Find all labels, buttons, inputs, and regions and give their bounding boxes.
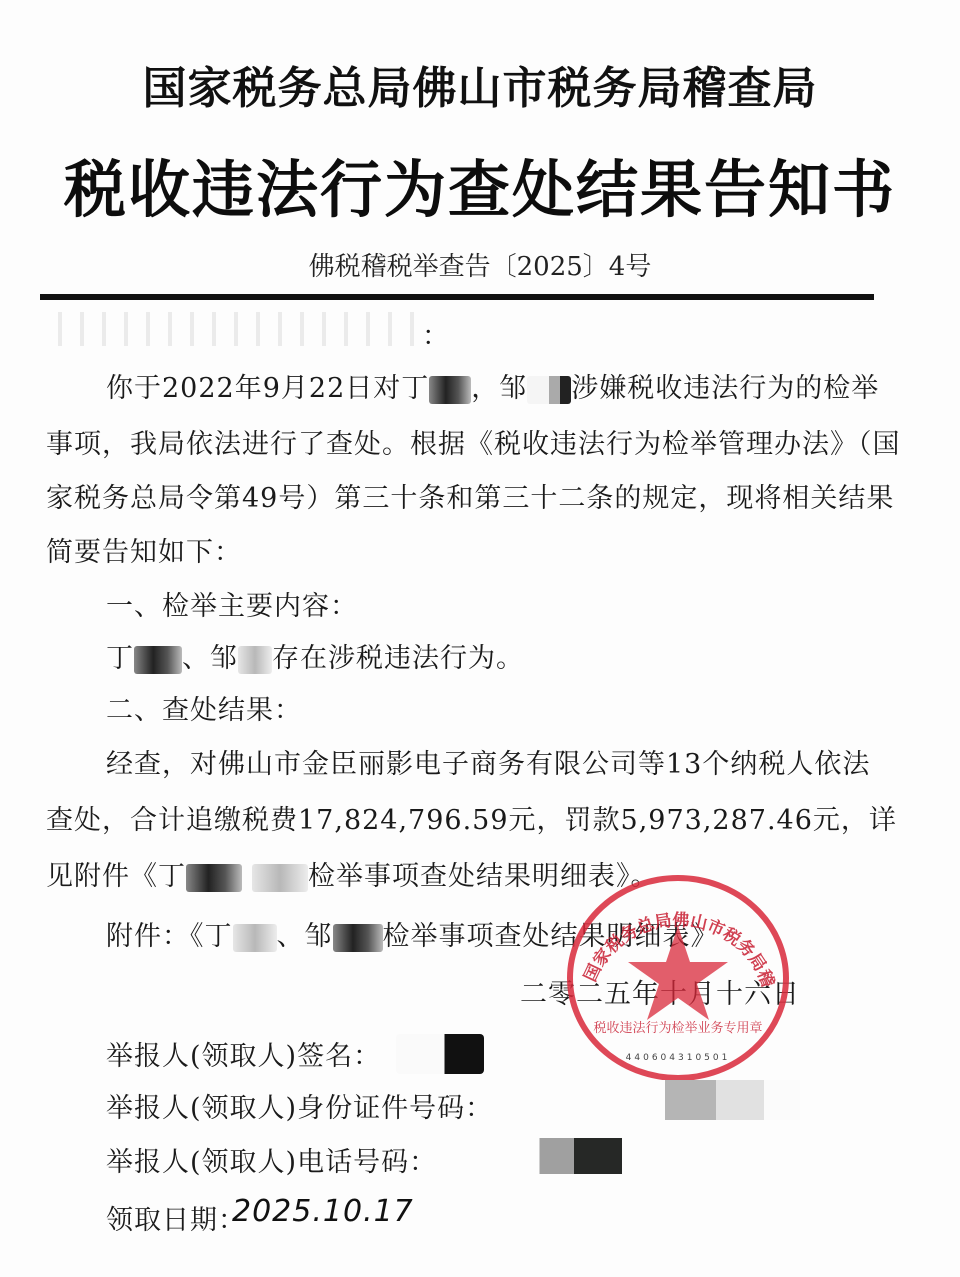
section-1-heading: 一、检举主要内容： bbox=[106, 584, 358, 623]
intro-text: 你于2022年9月22日对丁 bbox=[106, 373, 429, 404]
redacted-name bbox=[333, 924, 383, 952]
phone-label: 举报人(领取人)电话号码： bbox=[106, 1140, 437, 1179]
signature-label: 举报人(领取人)签名： bbox=[106, 1034, 381, 1073]
redacted-phone-number bbox=[450, 1138, 622, 1174]
redacted-name bbox=[527, 376, 571, 404]
section-1-text: 丁 bbox=[106, 643, 134, 674]
intro-text: ，邹 bbox=[471, 373, 527, 404]
intro-line-3: 家税务总局令第49号）第三十条和第三十二条的规定，现将相关结果 bbox=[46, 476, 894, 515]
seal-code: 440604310501 bbox=[626, 1053, 731, 1063]
official-seal-icon: 国家税务总局佛山市税务局稽查局 税收违法行为检举业务专用章 4406043105… bbox=[562, 872, 794, 1084]
intro-line-2: 事项，我局依法进行了查处。根据《税收违法行为检举管理办法》（国 bbox=[46, 422, 901, 461]
result-line-2: 查处，合计追缴税费17,824,796.59元，罚款5,973,287.46元，… bbox=[46, 798, 897, 837]
id-label: 举报人(领取人)身份证件号码： bbox=[106, 1086, 493, 1125]
section-1-text: 存在涉税违法行为。 bbox=[272, 643, 524, 674]
attachment-label: 附件： bbox=[106, 921, 190, 952]
redacted-name bbox=[238, 646, 272, 674]
redacted-signature bbox=[396, 1034, 484, 1074]
intro-line-4: 简要告知如下： bbox=[46, 530, 242, 569]
document-number: 佛税稽税举查告〔2025〕4号 bbox=[0, 246, 960, 283]
pickup-date-label: 领取日期： bbox=[106, 1198, 246, 1237]
redacted-name bbox=[134, 646, 182, 674]
result-line-1: 经查，对佛山市金臣丽影电子商务有限公司等13个纳税人依法 bbox=[106, 742, 870, 781]
redacted-name bbox=[252, 864, 308, 892]
redacted-id-number bbox=[500, 1080, 800, 1120]
issuing-authority: 国家税务总局佛山市税务局稽查局 bbox=[0, 52, 960, 116]
result-text: 见附件《丁 bbox=[46, 861, 186, 892]
redacted-recipient bbox=[40, 312, 420, 346]
salutation-colon: ： bbox=[422, 314, 450, 353]
intro-line-1: 你于2022年9月22日对丁，邹涉嫌税收违法行为的检举 bbox=[106, 366, 879, 405]
redacted-name bbox=[429, 376, 471, 404]
section-1-content: 丁、邹存在涉税违法行为。 bbox=[106, 636, 524, 675]
section-2-heading: 二、查处结果： bbox=[106, 688, 302, 727]
attachment-text: 、邹 bbox=[277, 921, 333, 952]
header-divider bbox=[40, 294, 874, 300]
pickup-date-handwritten: 2025.10.17 bbox=[232, 1194, 414, 1229]
redacted-name bbox=[186, 864, 242, 892]
redacted-name bbox=[233, 924, 277, 952]
section-1-text: 、邹 bbox=[182, 643, 238, 674]
attachment-text: 《丁 bbox=[190, 921, 233, 952]
document-title: 税收违法行为查处结果告知书 bbox=[0, 140, 960, 229]
intro-text: 涉嫌税收违法行为的检举 bbox=[571, 373, 879, 404]
seal-bottom-text: 税收违法行为检举业务专用章 bbox=[593, 1020, 762, 1036]
